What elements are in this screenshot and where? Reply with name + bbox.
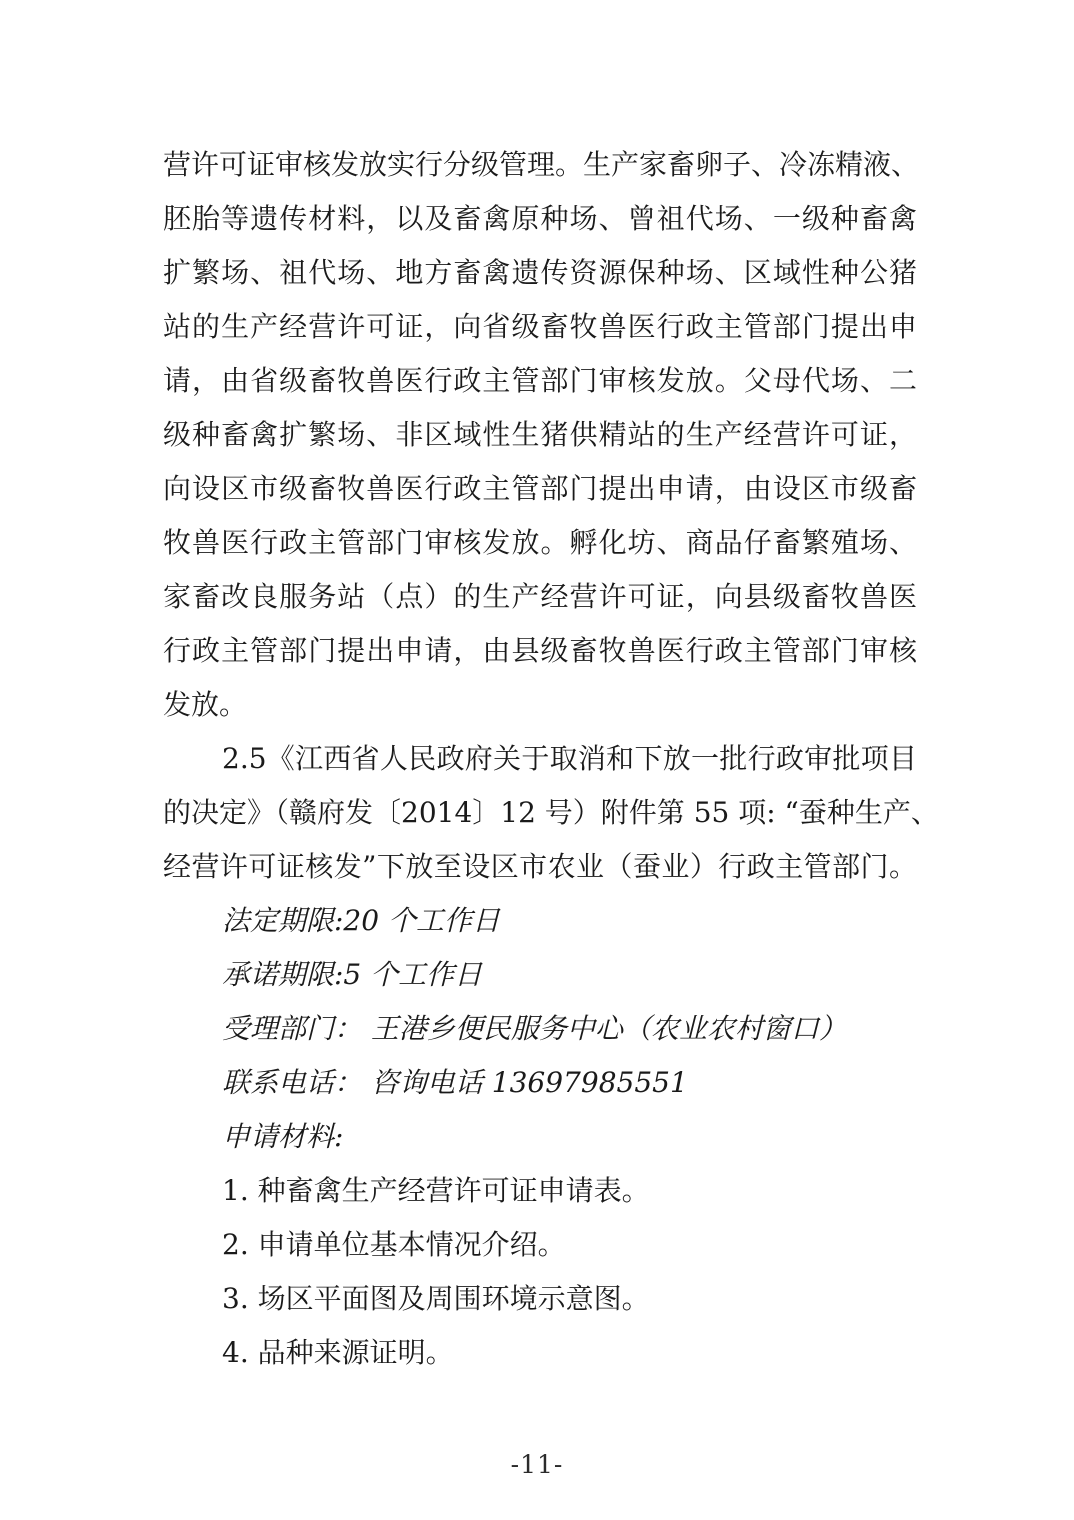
paragraph-line: 级种畜禽扩繁场、非区域性生猪供精站的生产经营许可证，: [163, 408, 917, 462]
material-list-item: 3. 场区平面图及周围环境示意图。: [163, 1272, 917, 1326]
paragraph-line: 家畜改良服务站（点）的生产经营许可证，向县级畜牧兽医: [163, 570, 917, 624]
document-page: 营许可证审核发放实行分级管理。生产家畜卵子、冷冻精液、 胚胎等遗传材料，以及畜禽…: [0, 0, 1074, 1520]
paragraph-line: 牧兽医行政主管部门审核发放。孵化坊、商品仔畜繁殖场、: [163, 516, 917, 570]
paragraph-line: 2.5《江西省人民政府关于取消和下放一批行政审批项目: [163, 732, 917, 786]
material-list-item: 1. 种畜禽生产经营许可证申请表。: [163, 1164, 917, 1218]
contact-phone-line: 联系电话： 咨询电话 13697985551: [163, 1056, 917, 1110]
paragraph-line: 向设区市级畜牧兽医行政主管部门提出申请，由设区市级畜: [163, 462, 917, 516]
paragraph-line: 请，由省级畜牧兽医行政主管部门审核发放。父母代场、二: [163, 354, 917, 408]
materials-heading: 申请材料:: [163, 1110, 917, 1164]
paragraph-line: 经营许可证核发”下放至设区市农业（蚕业）行政主管部门。: [163, 840, 917, 894]
paragraph-last-line: 发放。: [163, 678, 917, 732]
paragraph-line: 胚胎等遗传材料，以及畜禽原种场、曾祖代场、一级种畜禽: [163, 192, 917, 246]
paragraph-line: 站的生产经营许可证，向省级畜牧兽医行政主管部门提出申: [163, 300, 917, 354]
material-list-item: 4. 品种来源证明。: [163, 1326, 917, 1380]
accepting-department-line: 受理部门： 王港乡便民服务中心（农业农村窗口）: [163, 1002, 917, 1056]
page-number: -11-: [0, 1450, 1074, 1480]
material-list-item: 2. 申请单位基本情况介绍。: [163, 1218, 917, 1272]
paragraph-line: 营许可证审核发放实行分级管理。生产家畜卵子、冷冻精液、: [163, 138, 917, 192]
paragraph-line: 的决定》（赣府发〔2014〕12 号）附件第 55 项: “蚕种生产、: [163, 786, 917, 840]
promised-deadline-line: 承诺期限:5 个工作日: [163, 948, 917, 1002]
text-block: 营许可证审核发放实行分级管理。生产家畜卵子、冷冻精液、 胚胎等遗传材料，以及畜禽…: [163, 138, 917, 1380]
paragraph-line: 行政主管部门提出申请，由县级畜牧兽医行政主管部门审核: [163, 624, 917, 678]
paragraph-line: 扩繁场、祖代场、地方畜禽遗传资源保种场、区域性种公猪: [163, 246, 917, 300]
legal-deadline-line: 法定期限:20 个工作日: [163, 894, 917, 948]
